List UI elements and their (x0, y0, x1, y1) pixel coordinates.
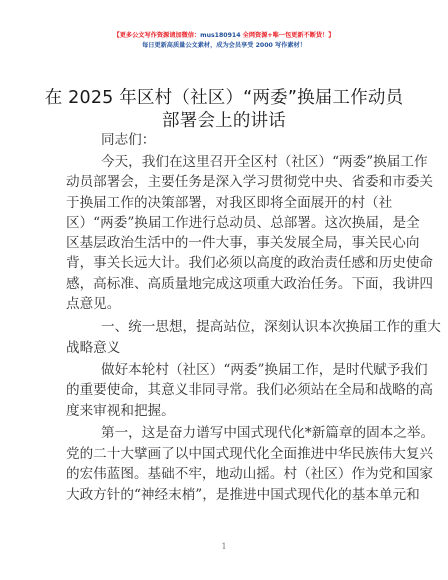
promo-text-red: 【更多公文写作资源请加微信： (114, 32, 201, 39)
document-page: 【更多公文写作资源请加微信：mus180914 全网资源+唯一包更新不断货！】 … (0, 0, 448, 580)
body-line: 今天，我们在这里召开全区村（社区）“两委”换届工作 (101, 153, 384, 171)
body-line: 度来审视和把握。 (66, 402, 384, 420)
body-line: 背，事关长远大计。我们必须以高度的政治责任感和历史使命 (66, 254, 384, 272)
body-line: 做好本轮村（社区）“两委”换届工作，是时代赋予我们 (101, 361, 384, 379)
body-line: 区基层政治生活中的一件大事，事关发展全局，事关民心向 (66, 234, 384, 252)
section-heading-line: 战略意义 (66, 339, 384, 357)
body-line: 第一，这是奋力谱写中国式现代化*新篇章的固本之举。 (101, 424, 384, 442)
promo-text-red-end: 全网资源+唯一包更新不断货！】 (241, 32, 335, 39)
body-line: 点意见。 (66, 295, 384, 313)
body-line: 于换届工作的决策部署，对我区即将全面展开的村（社 (66, 194, 384, 212)
body-line: 动员部署会，主要任务是深入学习贯彻党中央、省委和市委关 (66, 173, 384, 191)
section-heading-line: 一、统一思想，提高站位，深刻认识本次换届工作的重大 (101, 318, 384, 336)
page-number: 1 (0, 542, 448, 551)
body-line: 感，高标准、高质量地完成这项重大政治任务。下面，我讲四 (66, 275, 384, 293)
promo-wechat-id: mus180914 (200, 32, 240, 39)
promo-banner-line-2: 每日更新高质量公文素材，成为会员享受 2000 写作素材！ (0, 41, 448, 51)
document-title-line-1: 在 2025 年区村（社区）“两委”换届工作动员 (0, 87, 448, 110)
body-line: 区）“两委”换届工作进行总动员、总部署。这次换届，是全 (66, 214, 384, 232)
body-line: 大政方针的“神经末梢”，是推进中国式现代化的基本单元和 (66, 486, 384, 504)
body-line: 的宏伟蓝图。基础不牢，地动山摇。村（社区）作为党和国家 (66, 465, 384, 483)
body-line: 的重要使命，其意义非同寻常。我们必须站在全局和战略的高 (66, 381, 384, 399)
promo-text-blue: 每日更新高质量公文素材，成为会员享受 (142, 42, 256, 49)
salutation: 同志们： (101, 131, 384, 149)
promo-text-blue-end: 写作素材！ (273, 42, 306, 49)
promo-count: 2000 (256, 42, 273, 49)
promo-banner-line-1: 【更多公文写作资源请加微信：mus180914 全网资源+唯一包更新不断货！】 (0, 31, 448, 41)
body-line: 党的二十大擘画了以中国式现代化全面推进中华民族伟大复兴 (66, 445, 384, 463)
document-title-line-2: 部署会上的讲话 (0, 110, 448, 133)
